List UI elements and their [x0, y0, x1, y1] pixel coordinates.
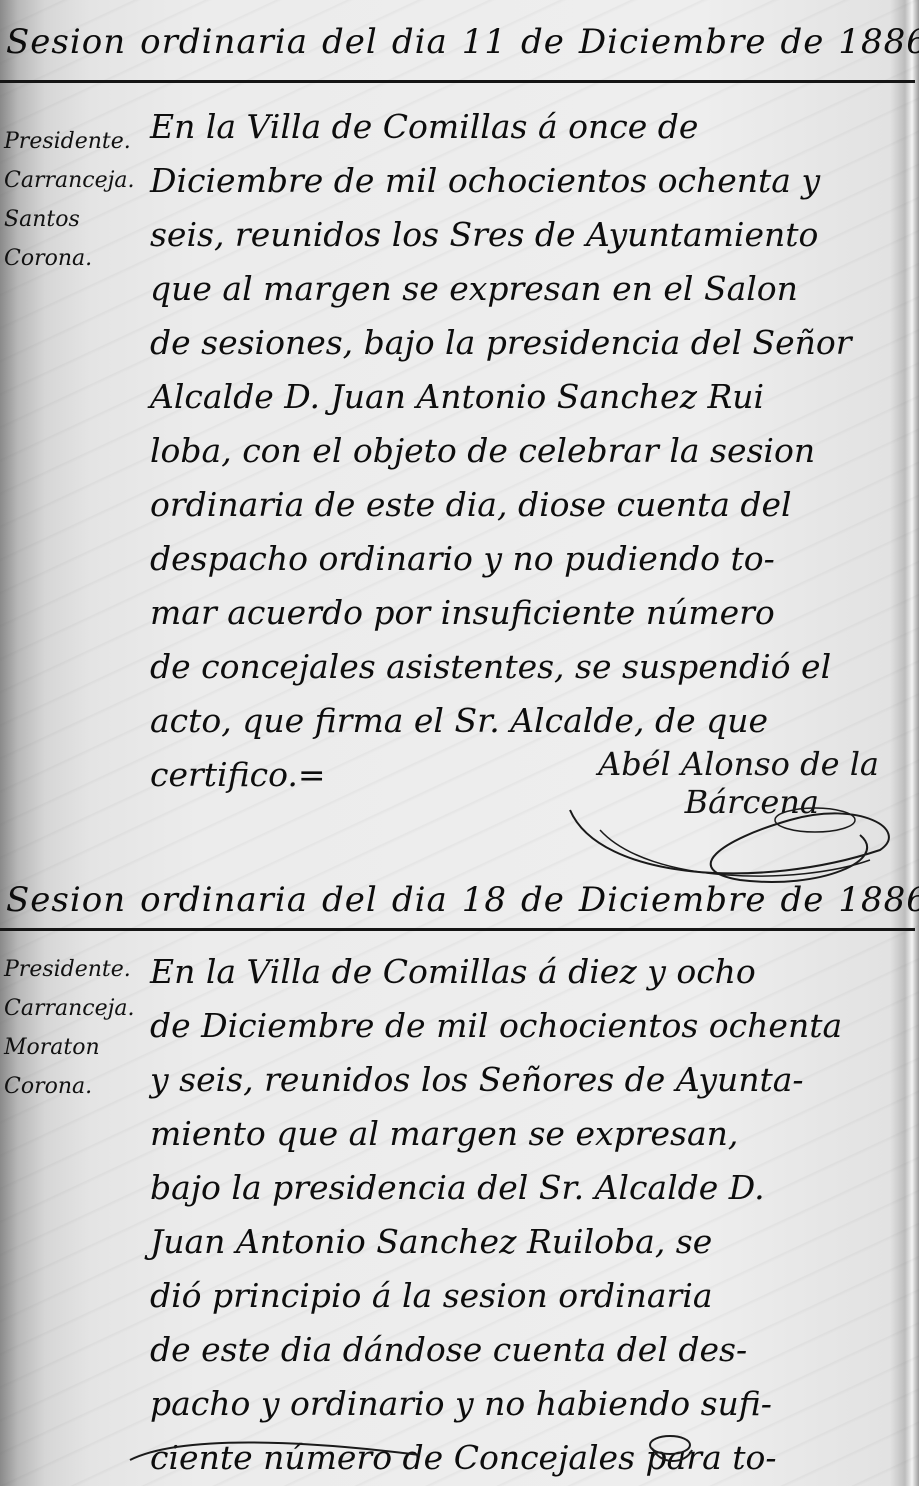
heading-word: del [322, 880, 378, 920]
body-line: seis, reunidos los Sres de Ayuntamiento [150, 208, 889, 262]
heading-word: dia [392, 22, 448, 62]
body-line: loba, con el objeto de celebrar la sesio… [150, 424, 889, 478]
attendee: Presidente. [4, 122, 154, 161]
signature-line: Abél Alonso de la [598, 745, 879, 783]
paraph-mark-icon [640, 1430, 700, 1470]
body-line: En la Villa de Comillas á once de [150, 100, 889, 154]
body-line: Diciembre de mil ochocientos ochenta y [150, 154, 889, 208]
body-line: ordinaria de este dia, diose cuenta del [150, 478, 889, 532]
heading-word: dia [392, 880, 448, 920]
heading-word: de [780, 22, 824, 62]
heading-month: Diciembre [579, 880, 767, 920]
heading-year: 1886.. [838, 880, 919, 920]
heading-year: 1886.. [838, 22, 919, 62]
page-end-flourish-icon [120, 1425, 440, 1475]
attendee: Corona. [4, 239, 154, 278]
heading-rule-2 [0, 928, 915, 931]
manuscript-page: Sesionordinariadeldia11deDiciembrede1886… [0, 0, 919, 1486]
body-line: Juan Antonio Sanchez Ruiloba, se [150, 1215, 889, 1269]
session-heading-2: Sesionordinariadeldia18deDiciembrede1886… [6, 880, 911, 920]
body-line: de sesiones, bajo la presidencia del Señ… [150, 316, 889, 370]
heading-word: ordinaria [140, 22, 308, 62]
heading-word: Sesion [6, 880, 126, 920]
body-line: Alcalde D. Juan Antonio Sanchez Rui [150, 370, 889, 424]
body-line: bajo la presidencia del Sr. Alcalde D. [150, 1161, 889, 1215]
body-line: acto, que firma el Sr. Alcalde, de que [150, 694, 889, 748]
body-line: despacho ordinario y no pudiendo to- [150, 532, 889, 586]
heading-rule-1 [0, 80, 915, 83]
body-line: de concejales asistentes, se suspendió e… [150, 640, 889, 694]
attendee: Carranceja. [4, 161, 154, 200]
heading-word: del [322, 22, 378, 62]
body-line: de este dia dándose cuenta del des- [150, 1323, 889, 1377]
margin-attendees-2: Presidente. Carranceja. Moraton Corona. [4, 950, 154, 1106]
body-line: miento que al margen se expresan, [150, 1107, 889, 1161]
heading-day: 11 [462, 22, 507, 62]
heading-day: 18 [462, 880, 507, 920]
signature-flourish-icon [560, 790, 900, 890]
attendee: Santos [4, 200, 154, 239]
body-line: de Diciembre de mil ochocientos ochenta [150, 999, 889, 1053]
body-line: y seis, reunidos los Señores de Ayunta- [150, 1053, 889, 1107]
margin-attendees-1: Presidente. Carranceja. Santos Corona. [4, 122, 154, 278]
session-body-1: En la Villa de Comillas á once de Diciem… [150, 100, 889, 802]
attendee: Carranceja. [4, 989, 154, 1028]
heading-word: de [521, 880, 565, 920]
body-line: mar acuerdo por insuficiente número [150, 586, 889, 640]
body-line: dió principio á la sesion ordinaria [150, 1269, 889, 1323]
heading-word: ordinaria [140, 880, 308, 920]
body-line: pacho y ordinario y no habiendo sufi- [150, 1377, 889, 1431]
heading-word: de [780, 880, 824, 920]
attendee: Moraton [4, 1028, 154, 1067]
heading-month: Diciembre [579, 22, 767, 62]
session-heading-1: Sesionordinariadeldia11deDiciembrede1886… [6, 22, 911, 62]
session-body-2: En la Villa de Comillas á diez y ocho de… [150, 945, 889, 1485]
heading-word: de [521, 22, 565, 62]
body-line: En la Villa de Comillas á diez y ocho [150, 945, 889, 999]
attendee: Presidente. [4, 950, 154, 989]
attendee: Corona. [4, 1067, 154, 1106]
body-line: que al margen se expresan en el Salon [150, 262, 889, 316]
heading-word: Sesion [6, 22, 126, 62]
